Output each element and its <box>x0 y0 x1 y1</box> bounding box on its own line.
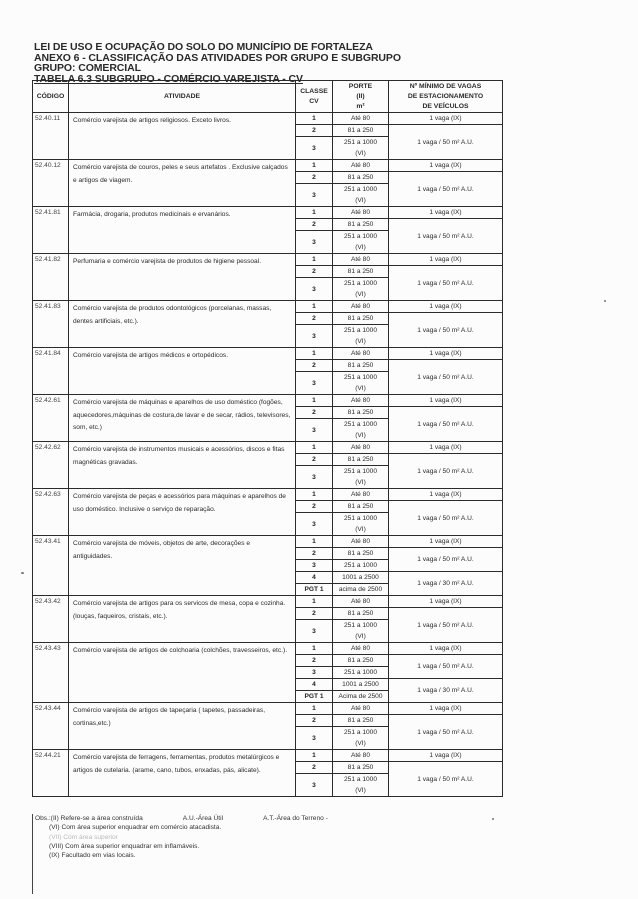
activity-code: 52.43.42 <box>33 596 69 643</box>
table-row: 52.41.81Farmácia, drogaria, produtos med… <box>33 207 503 219</box>
activity-code: 52.42.62 <box>33 442 69 489</box>
porte-size: 251 a 1000(VI) <box>333 231 389 254</box>
col-header-vagas: Nº MÍNIMO DE VAGAS DE ESTACIONAMENTO DE … <box>389 81 503 113</box>
class-cv: 2 <box>296 655 333 667</box>
col-header-codigo: CÓDIGO <box>33 81 69 113</box>
class-cv: 4 <box>296 679 333 691</box>
class-cv: 1 <box>296 254 333 266</box>
class-cv: 2 <box>296 548 333 560</box>
scan-speck <box>604 300 606 302</box>
porte-size: 251 a 1000(VI) <box>333 513 389 536</box>
parking-requirement: 1 vaga (IX) <box>389 395 503 407</box>
parking-requirement: 1 vaga / 50 m² A.U. <box>389 407 503 442</box>
parking-requirement: 1 vaga (IX) <box>389 643 503 655</box>
activity-description: Comércio varejista de artigos de colchoa… <box>69 643 296 703</box>
class-cv: 1 <box>296 489 333 501</box>
porte-note: (VI) <box>333 524 388 535</box>
class-cv: 3 <box>296 278 333 301</box>
class-cv: 1 <box>296 703 333 715</box>
porte-note: (VI) <box>333 195 388 206</box>
porte-size: 251 a 1000(VI) <box>333 325 389 348</box>
class-cv: 1 <box>296 536 333 548</box>
note-vii: (VII) Com área superior <box>35 833 505 842</box>
porte-size: Até 80 <box>333 348 389 360</box>
porte-size: 251 a 1000(VI) <box>333 419 389 442</box>
activity-code: 52.42.63 <box>33 489 69 536</box>
porte-note: (VI) <box>333 148 388 159</box>
table-row: 52.41.83Comércio varejista de produtos o… <box>33 301 503 313</box>
porte-note: (VI) <box>333 477 388 488</box>
porte-note: (VI) <box>333 738 388 749</box>
class-cv: 1 <box>296 301 333 313</box>
porte-note: (VI) <box>333 430 388 441</box>
col-header-atividade: ATIVIDADE <box>69 81 296 113</box>
activity-description: Perfumaria e comércio varejista de produ… <box>69 254 296 301</box>
class-cv: 3 <box>296 774 333 797</box>
parking-requirement: 1 vaga / 30 m² A.U. <box>389 572 503 596</box>
porte-size: 81 a 250 <box>333 501 389 513</box>
porte-size: Até 80 <box>333 703 389 715</box>
porte-size: Até 80 <box>333 643 389 655</box>
activity-code: 52.43.43 <box>33 643 69 703</box>
activity-description: Comércio varejista de peças e acessórios… <box>69 489 296 536</box>
porte-size: Até 80 <box>333 750 389 762</box>
scan-speck <box>492 818 494 820</box>
activity-code: 52.40.11 <box>33 113 69 160</box>
table-row: 52.40.12Comércio varejista de couros, pe… <box>33 160 503 172</box>
class-cv: 3 <box>296 184 333 207</box>
parking-requirement: 1 vaga (IX) <box>389 207 503 219</box>
porte-size: 81 a 250 <box>333 125 389 137</box>
class-cv: 1 <box>296 643 333 655</box>
porte-size: 251 a 1000(VI) <box>333 620 389 643</box>
activity-code: 52.41.82 <box>33 254 69 301</box>
porte-size: 81 a 250 <box>333 762 389 774</box>
porte-size: 81 a 250 <box>333 172 389 184</box>
activity-code: 52.41.81 <box>33 207 69 254</box>
table-body: 52.40.11Comércio varejista de artigos re… <box>33 113 503 797</box>
class-cv: 1 <box>296 395 333 407</box>
parking-requirement: 1 vaga / 50 m² A.U. <box>389 360 503 395</box>
parking-requirement: 1 vaga / 50 m² A.U. <box>389 219 503 254</box>
class-cv: 2 <box>296 172 333 184</box>
class-cv: 3 <box>296 372 333 395</box>
parking-requirement: 1 vaga (IX) <box>389 348 503 360</box>
activity-code: 52.41.83 <box>33 301 69 348</box>
porte-size: Até 80 <box>333 489 389 501</box>
parking-requirement: 1 vaga (IX) <box>389 489 503 501</box>
porte-size: 251 a 1000(VI) <box>333 372 389 395</box>
parking-requirement: 1 vaga (IX) <box>389 536 503 548</box>
porte-size: 251 a 1000(VI) <box>333 137 389 160</box>
class-cv: 1 <box>296 750 333 762</box>
activity-description: Comércio varejista de artigos religiosos… <box>69 113 296 160</box>
porte-size: 251 a 1000 <box>333 667 389 679</box>
class-cv: 2 <box>296 219 333 231</box>
table-header-row: CÓDIGO ATIVIDADE CLASSE CV PORTE (II) m²… <box>33 81 503 113</box>
porte-note: (VI) <box>333 383 388 394</box>
footnotes: Obs.:(II) Refere-se a área construídaA.U… <box>32 814 505 894</box>
class-cv: 2 <box>296 125 333 137</box>
class-cv: 2 <box>296 501 333 513</box>
parking-requirement: 1 vaga (IX) <box>389 254 503 266</box>
porte-note: (VI) <box>333 242 388 253</box>
porte-size: 251 a 1000(VI) <box>333 466 389 489</box>
porte-size: Até 80 <box>333 536 389 548</box>
porte-note: (VI) <box>333 289 388 300</box>
note-ii: Obs.:(II) Refere-se a área construídaA.U… <box>35 814 505 823</box>
class-cv: 1 <box>296 348 333 360</box>
table-row: 52.41.84Comércio varejista de artigos mé… <box>33 348 503 360</box>
parking-requirement: 1 vaga / 50 m² A.U. <box>389 762 503 797</box>
porte-size: Até 80 <box>333 395 389 407</box>
class-cv: 3 <box>296 466 333 489</box>
table-row: 52.43.44Comércio varejista de artigos de… <box>33 703 503 715</box>
group-title: GRUPO: COMERCIAL <box>34 63 401 74</box>
porte-size: Até 80 <box>333 254 389 266</box>
class-cv: 2 <box>296 407 333 419</box>
parking-requirement: 1 vaga / 50 m² A.U. <box>389 172 503 207</box>
activity-description: Farmácia, drogaria, produtos medicinais … <box>69 207 296 254</box>
activity-description: Comércio varejista de ferragens, ferrame… <box>69 750 296 797</box>
parking-requirement: 1 vaga (IX) <box>389 596 503 608</box>
activity-code: 52.44.21 <box>33 750 69 797</box>
porte-size: 81 a 250 <box>333 266 389 278</box>
document-header: LEI DE USO E OCUPAÇÃO DO SOLO DO MUNICÍP… <box>34 42 401 84</box>
note-at: A.T.-Área do Terreno - <box>263 815 328 822</box>
porte-size: 251 a 1000 <box>333 560 389 572</box>
porte-size: Acima de 2500 <box>333 691 389 703</box>
table-row: 52.42.62Comércio varejista de instrument… <box>33 442 503 454</box>
parking-requirement: 1 vaga (IX) <box>389 442 503 454</box>
note-ix: (IX) Facultado em vias locais. <box>35 851 505 860</box>
activity-description: Comércio varejista de couros, peles e se… <box>69 160 296 207</box>
porte-size: acima de 2500 <box>333 584 389 596</box>
note-vi: (VI) Com área superior enquadrar em comé… <box>35 823 505 832</box>
porte-size: 251 a 1000(VI) <box>333 184 389 207</box>
note-au: A.U.-Área Útil <box>183 815 223 822</box>
porte-note: (VI) <box>333 785 388 796</box>
class-cv: 3 <box>296 419 333 442</box>
parking-requirement: 1 vaga / 30 m² A.U. <box>389 679 503 703</box>
class-cv: 3 <box>296 325 333 348</box>
class-cv: 2 <box>296 715 333 727</box>
activity-description: Comércio varejista de máquinas e aparelh… <box>69 395 296 442</box>
porte-size: Até 80 <box>333 596 389 608</box>
table-row: 52.43.41Comércio varejista de móveis, ob… <box>33 536 503 548</box>
parking-requirement: 1 vaga (IX) <box>389 113 503 125</box>
activity-description: Comércio varejista de artigos para os se… <box>69 596 296 643</box>
parking-requirement: 1 vaga (IX) <box>389 160 503 172</box>
porte-size: Até 80 <box>333 301 389 313</box>
law-title: LEI DE USO E OCUPAÇÃO DO SOLO DO MUNICÍP… <box>34 42 401 53</box>
porte-size: 81 a 250 <box>333 407 389 419</box>
class-cv: 1 <box>296 442 333 454</box>
class-cv: 3 <box>296 513 333 536</box>
activity-code: 52.43.44 <box>33 703 69 750</box>
porte-size: 81 a 250 <box>333 454 389 466</box>
porte-size: 251 a 1000(VI) <box>333 727 389 750</box>
table-row: 52.43.42Comércio varejista de artigos pa… <box>33 596 503 608</box>
activity-description: Comércio varejista de artigos de tapeçar… <box>69 703 296 750</box>
activity-description: Comércio varejista de artigos médicos e … <box>69 348 296 395</box>
class-cv: 1 <box>296 160 333 172</box>
porte-size: 81 a 250 <box>333 608 389 620</box>
parking-requirement: 1 vaga / 50 m² A.U. <box>389 501 503 536</box>
table-row: 52.43.43Comércio varejista de artigos de… <box>33 643 503 655</box>
parking-requirement: 1 vaga / 50 m² A.U. <box>389 266 503 301</box>
class-cv: 2 <box>296 313 333 325</box>
porte-size: 81 a 250 <box>333 548 389 560</box>
table-row: 52.40.11Comércio varejista de artigos re… <box>33 113 503 125</box>
activity-description: Comércio varejista de móveis, objetos de… <box>69 536 296 596</box>
document-page: LEI DE USO E OCUPAÇÃO DO SOLO DO MUNICÍP… <box>0 0 638 899</box>
class-cv: 2 <box>296 762 333 774</box>
activity-code: 52.40.12 <box>33 160 69 207</box>
parking-requirement: 1 vaga (IX) <box>389 750 503 762</box>
porte-size: 1001 a 2500 <box>333 679 389 691</box>
porte-size: Até 80 <box>333 442 389 454</box>
table-row: 52.44.21Comércio varejista de ferragens,… <box>33 750 503 762</box>
porte-size: 251 a 1000(VI) <box>333 278 389 301</box>
class-cv: 2 <box>296 360 333 372</box>
class-cv: PGT 1 <box>296 691 333 703</box>
scan-speck <box>21 572 24 574</box>
porte-size: 1001 a 2500 <box>333 572 389 584</box>
parking-requirement: 1 vaga / 50 m² A.U. <box>389 454 503 489</box>
parking-requirement: 1 vaga / 50 m² A.U. <box>389 608 503 643</box>
class-cv: PGT 1 <box>296 584 333 596</box>
parking-requirement: 1 vaga (IX) <box>389 703 503 715</box>
porte-size: 81 a 250 <box>333 655 389 667</box>
col-header-classe: CLASSE CV <box>296 81 333 113</box>
table-row: 52.42.63Comércio varejista de peças e ac… <box>33 489 503 501</box>
class-cv: 3 <box>296 231 333 254</box>
porte-size: 251 a 1000(VI) <box>333 774 389 797</box>
porte-note: (VI) <box>333 631 388 642</box>
parking-requirement: 1 vaga (IX) <box>389 301 503 313</box>
class-cv: 1 <box>296 207 333 219</box>
class-cv: 3 <box>296 727 333 750</box>
activity-code: 52.41.84 <box>33 348 69 395</box>
porte-size: Até 80 <box>333 160 389 172</box>
note-viii: (VIII) Com área superior enquadrar em in… <box>35 842 505 851</box>
activity-classification-table: CÓDIGO ATIVIDADE CLASSE CV PORTE (II) m²… <box>32 80 503 797</box>
class-cv: 2 <box>296 608 333 620</box>
porte-size: 81 a 250 <box>333 313 389 325</box>
activity-code: 52.43.41 <box>33 536 69 596</box>
class-cv: 3 <box>296 620 333 643</box>
porte-size: Até 80 <box>333 207 389 219</box>
class-cv: 3 <box>296 137 333 160</box>
class-cv: 2 <box>296 454 333 466</box>
table-row: 52.41.82Perfumaria e comércio varejista … <box>33 254 503 266</box>
parking-requirement: 1 vaga / 50 m² A.U. <box>389 125 503 160</box>
activity-code: 52.42.61 <box>33 395 69 442</box>
porte-size: Até 80 <box>333 113 389 125</box>
porte-size: 81 a 250 <box>333 360 389 372</box>
table-row: 52.42.61Comércio varejista de máquinas e… <box>33 395 503 407</box>
class-cv: 2 <box>296 266 333 278</box>
class-cv: 4 <box>296 572 333 584</box>
parking-requirement: 1 vaga / 50 m² A.U. <box>389 655 503 679</box>
parking-requirement: 1 vaga / 50 m² A.U. <box>389 313 503 348</box>
parking-requirement: 1 vaga / 50 m² A.U. <box>389 548 503 572</box>
col-header-porte: PORTE (II) m² <box>333 81 389 113</box>
activity-description: Comércio varejista de instrumentos music… <box>69 442 296 489</box>
class-cv: 1 <box>296 596 333 608</box>
class-cv: 1 <box>296 113 333 125</box>
porte-note: (VI) <box>333 336 388 347</box>
parking-requirement: 1 vaga / 50 m² A.U. <box>389 715 503 750</box>
class-cv: 3 <box>296 667 333 679</box>
activity-description: Comércio varejista de produtos odontológ… <box>69 301 296 348</box>
porte-size: 81 a 250 <box>333 219 389 231</box>
class-cv: 3 <box>296 560 333 572</box>
porte-size: 81 a 250 <box>333 715 389 727</box>
